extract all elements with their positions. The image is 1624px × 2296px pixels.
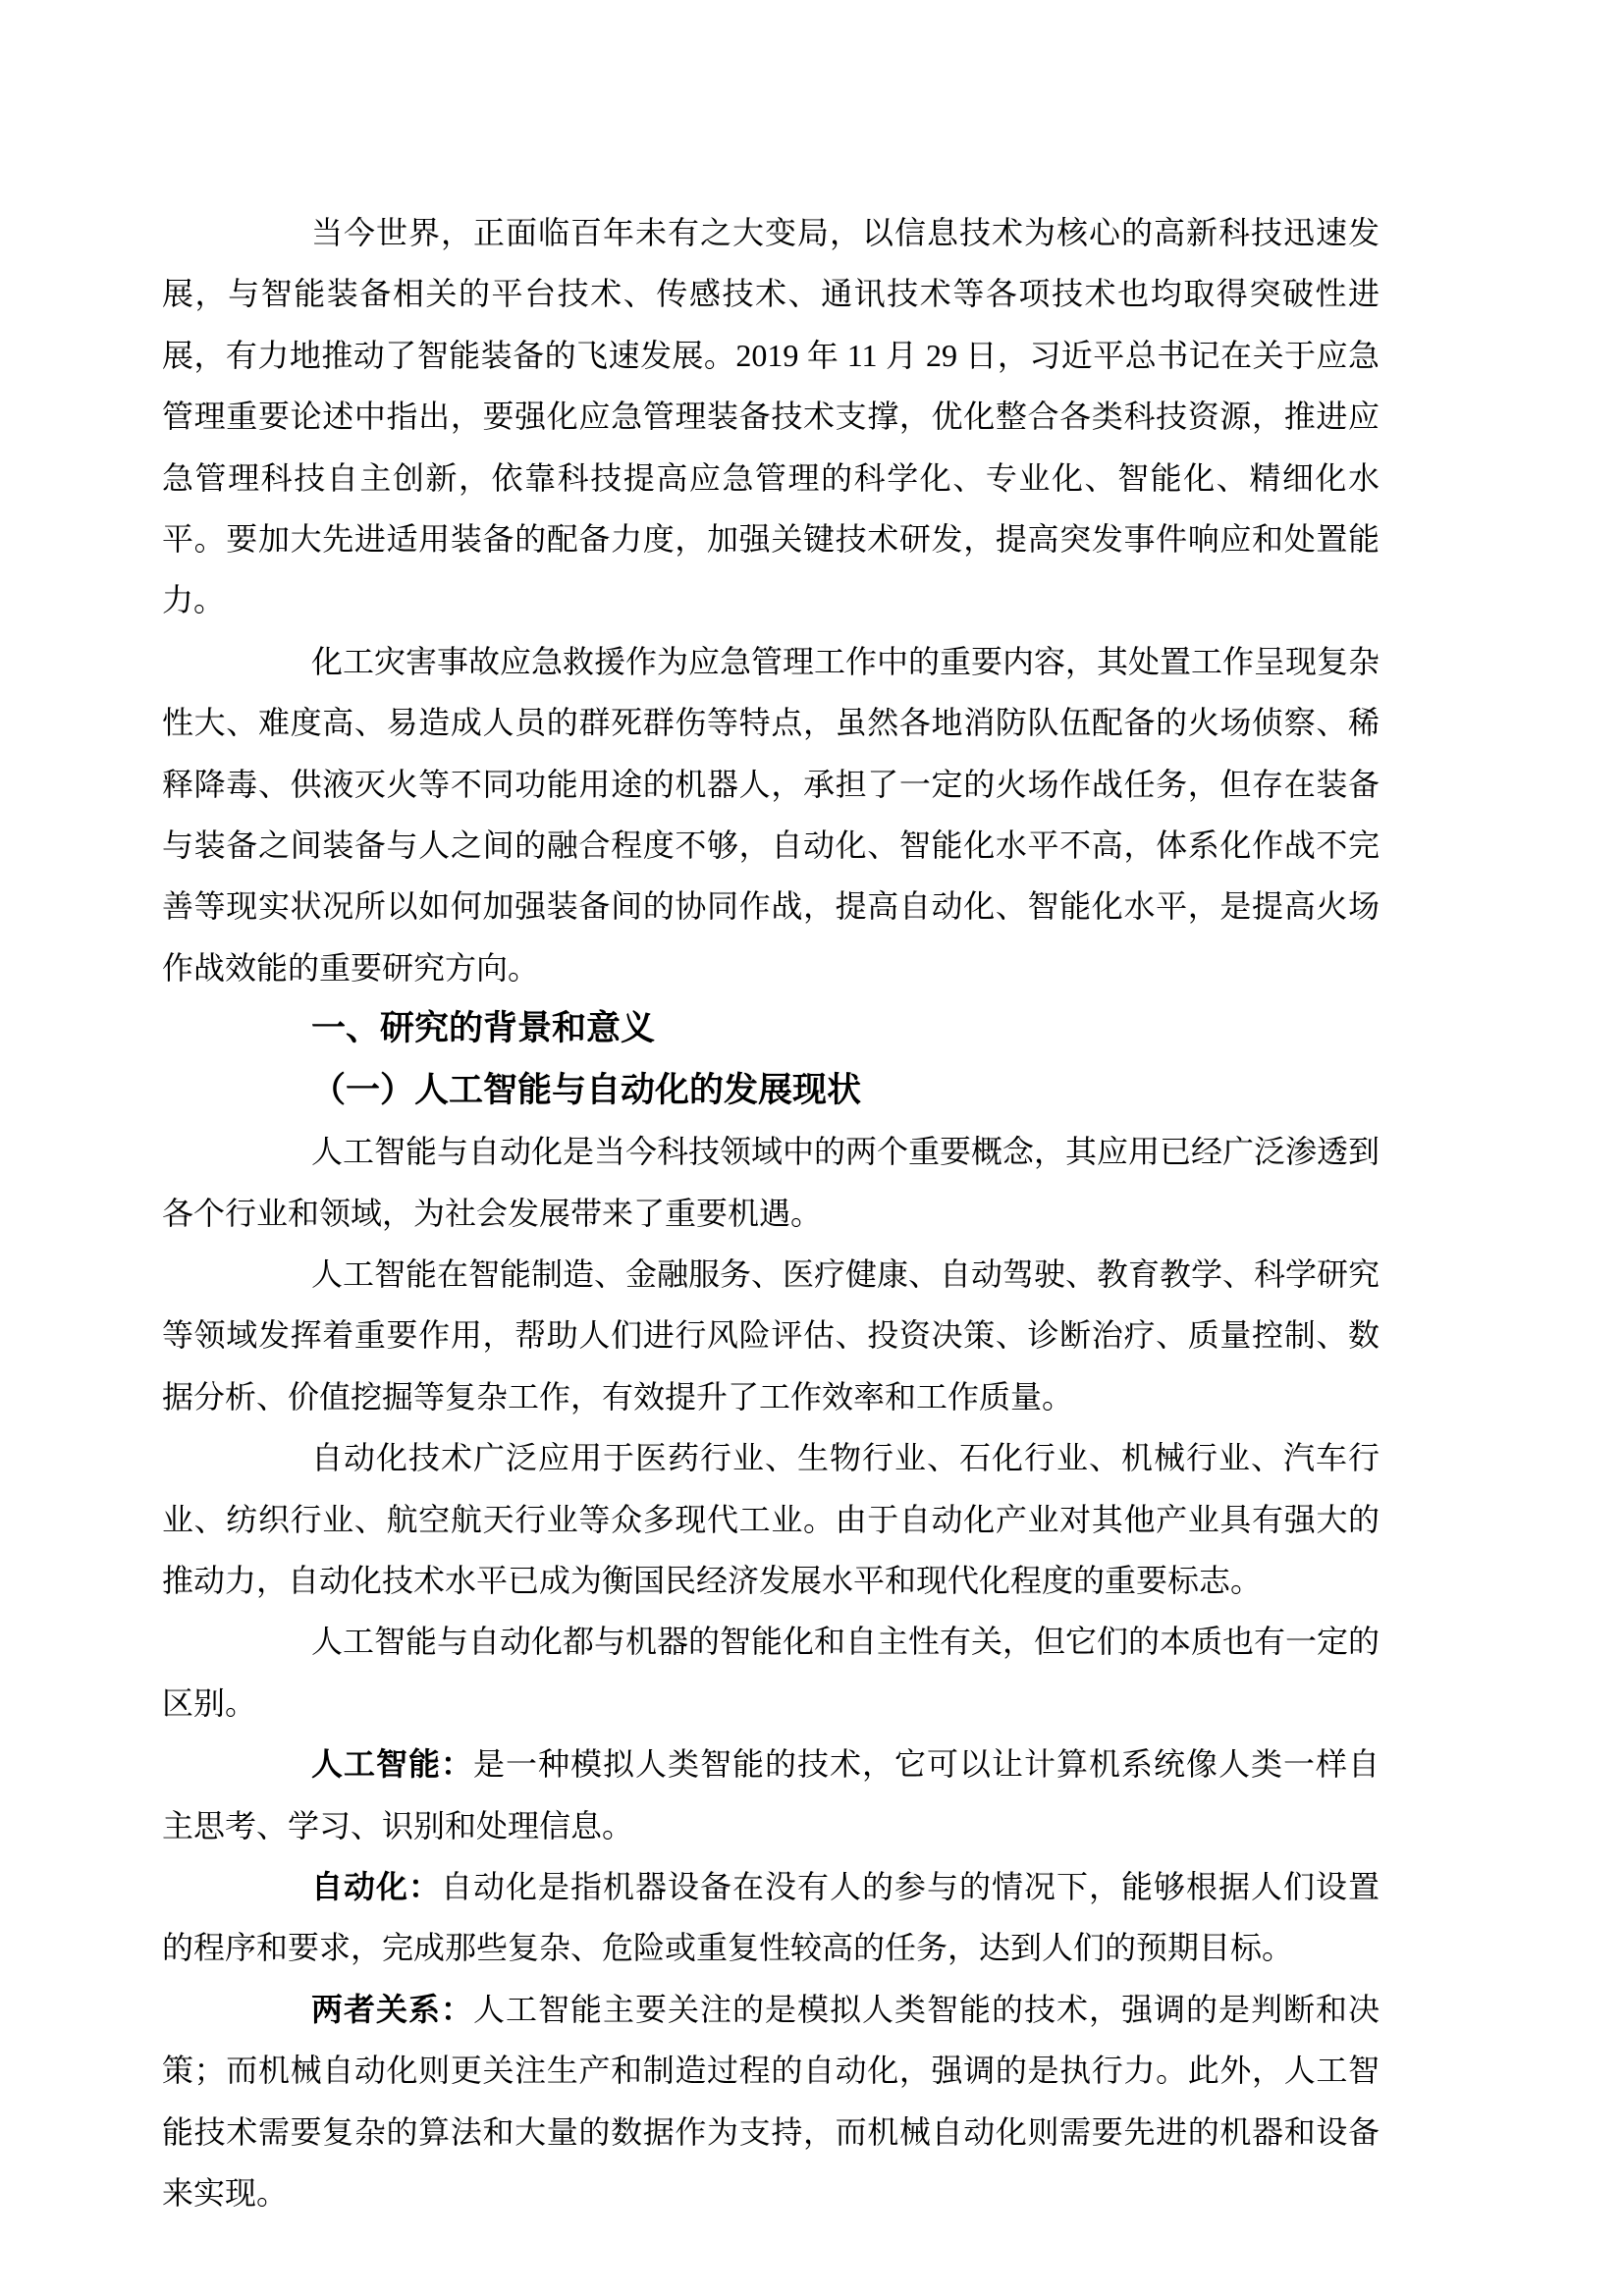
definition-ai-lead: 人工智能： xyxy=(311,1746,473,1782)
paragraph-intro-world-change: 当今世界，正面临百年未有之大变局，以信息技术为核心的高新科技迅速发展，与智能装备… xyxy=(162,202,1380,631)
paragraph-ai-automation-difference: 人工智能与自动化都与机器的智能化和自主性有关，但它们的本质也有一定的区别。 xyxy=(162,1611,1380,1734)
paragraph-relationship: 两者关系：人工智能主要关注的是模拟人类智能的技术，强调的是判断和决策；而机械自动… xyxy=(162,1979,1380,2224)
paragraph-chemical-disaster-rescue: 化工灾害事故应急救援作为应急管理工作中的重要内容，其处置工作呈现复杂性大、难度高… xyxy=(162,631,1380,998)
paragraph-automation-industries: 自动化技术广泛应用于医药行业、生物行业、石化行业、机械行业、汽车行业、纺织行业、… xyxy=(162,1427,1380,1611)
paragraph-definition-automation: 自动化：自动化是指机器设备在没有人的参与的情况下，能够根据人们设置的程序和要求，… xyxy=(162,1856,1380,1979)
paragraph-definition-ai: 人工智能：是一种模拟人类智能的技术，它可以让计算机系统像人类一样自主思考、学习、… xyxy=(162,1734,1380,1856)
paragraph-ai-automation-concepts: 人工智能与自动化是当今科技领域中的两个重要概念，其应用已经广泛渗透到各个行业和领… xyxy=(162,1121,1380,1244)
definition-automation-lead: 自动化： xyxy=(311,1869,441,1904)
document-page: 当今世界，正面临百年未有之大变局，以信息技术为核心的高新科技迅速发展，与智能装备… xyxy=(0,0,1624,2296)
paragraph-ai-application-fields: 人工智能在智能制造、金融服务、医疗健康、自动驾驶、教育教学、科学研究等领域发挥着… xyxy=(162,1244,1380,1427)
relationship-lead: 两者关系： xyxy=(311,1992,473,2027)
subsection-heading-ai-automation-status: （一）人工智能与自动化的发展现状 xyxy=(162,1060,1380,1121)
document-body: 当今世界，正面临百年未有之大变局，以信息技术为核心的高新科技迅速发展，与智能装备… xyxy=(162,202,1380,2223)
section-heading-research-background: 一、研究的背景和意义 xyxy=(162,998,1380,1059)
